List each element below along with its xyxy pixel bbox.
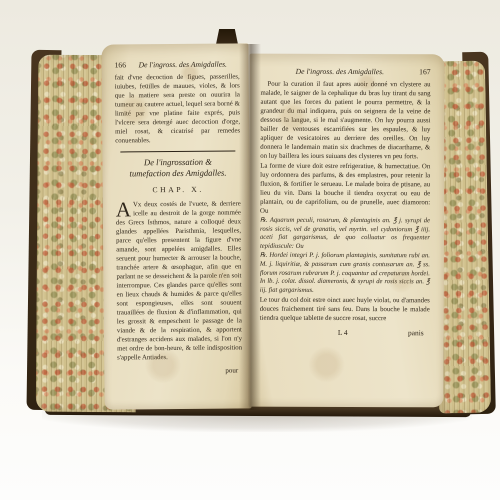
left-paragraph-1: fait d'vne decoction de figues, passeril… bbox=[115, 72, 241, 145]
right-paragraph-2: La forme de viure doit estre refrigerati… bbox=[260, 162, 430, 217]
left-page-number: 166 bbox=[115, 60, 126, 70]
recipe-paragraph-1: ℞. Aquarum peculi, rosarum, & plantagini… bbox=[260, 217, 430, 252]
signature-row: L 4 panis bbox=[260, 328, 430, 339]
left-paragraph-2: AVx deux costés de l'vuete, & derriere i… bbox=[116, 199, 242, 362]
section-heading: De l'ingrossation & tumefaction des Amig… bbox=[123, 157, 232, 179]
right-running-header-row: De l'ingross. des Amigdalles. 167 bbox=[261, 67, 431, 78]
recipe-paragraph-2: ℞. Hordei integri P. j. foliorum plantag… bbox=[260, 252, 430, 296]
book-photo: 166 De l'ingross. des Amigdalles. fait d… bbox=[0, 0, 500, 500]
left-running-header: De l'ingross. des Amigdalles. bbox=[126, 59, 240, 70]
right-paragraph-3: Le tour du col doit estre oinct auec huy… bbox=[260, 296, 430, 324]
drop-cap: A bbox=[116, 200, 133, 218]
left-page: 166 De l'ingross. des Amigdalles. fait d… bbox=[101, 43, 251, 409]
right-catchword: panis bbox=[408, 329, 424, 338]
chapter-heading: CHAP. X. bbox=[116, 184, 241, 194]
right-running-header: De l'ingross. des Amigdalles. bbox=[261, 67, 420, 78]
section-divider-rule bbox=[120, 150, 235, 152]
left-catchword: pour bbox=[117, 366, 242, 375]
right-paragraph-1: Pour la curation il faut apres auoir don… bbox=[260, 80, 430, 162]
left-running-header-row: 166 De l'ingross. des Amigdalles. bbox=[115, 59, 240, 70]
right-page: De l'ingross. des Amigdalles. 167 Pour l… bbox=[248, 54, 444, 408]
left-paragraph-2-text: Vx deux costés de l'vuete, & derriere ic… bbox=[116, 200, 242, 361]
right-page-number: 167 bbox=[419, 67, 430, 77]
signature-mark: L 4 bbox=[338, 328, 348, 337]
